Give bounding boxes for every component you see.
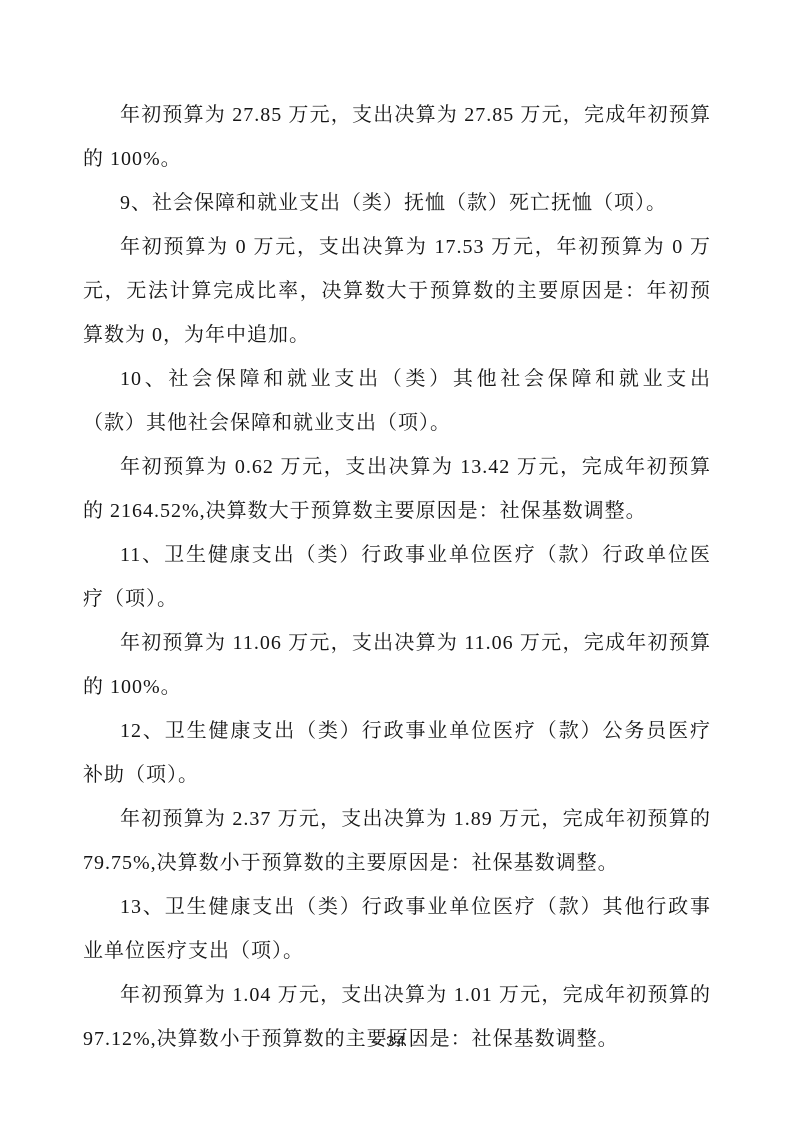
text-line: 年初预算为 27.85 万元，支出决算为 27.85 万元，完成年初预算 (83, 93, 711, 137)
text-line: 的 2164.52%,决算数大于预算数主要原因是：社保基数调整。 (83, 489, 711, 533)
text-line: 年初预算为 1.04 万元，支出决算为 1.01 万元，完成年初预算的 (83, 973, 711, 1017)
text-line: 10、社会保障和就业支出（类）其他社会保障和就业支出 (83, 357, 711, 401)
text-line: 12、卫生健康支出（类）行政事业单位医疗（款）公务员医疗 (83, 709, 711, 753)
text-line: 业单位医疗支出（项）。 (83, 929, 711, 973)
text-line: 补助（项）。 (83, 753, 711, 797)
text-line: 的 100%。 (83, 137, 711, 181)
text-line: 79.75%,决算数小于预算数的主要原因是：社保基数调整。 (83, 841, 711, 885)
document-body-text: 年初预算为 27.85 万元，支出决算为 27.85 万元，完成年初预算的 10… (83, 93, 711, 1061)
text-line: 年初预算为 2.37 万元，支出决算为 1.89 万元，完成年初预算的 (83, 797, 711, 841)
text-line: 疗（项）。 (83, 577, 711, 621)
text-line: 元，无法计算完成比率，决算数大于预算数的主要原因是：年初预 (83, 269, 711, 313)
text-line: 11、卫生健康支出（类）行政事业单位医疗（款）行政单位医 (83, 533, 711, 577)
text-line: 9、社会保障和就业支出（类）抚恤（款）死亡抚恤（项）。 (83, 181, 711, 225)
text-line: 年初预算为 11.06 万元，支出决算为 11.06 万元，完成年初预算 (83, 621, 711, 665)
text-line: 13、卫生健康支出（类）行政事业单位医疗（款）其他行政事 (83, 885, 711, 929)
text-line: 算数为 0，为年中追加。 (83, 313, 711, 357)
text-line: （款）其他社会保障和就业支出（项）。 (83, 401, 711, 445)
page-number: - 34 - (0, 1033, 793, 1050)
text-line: 年初预算为 0 万元，支出决算为 17.53 万元，年初预算为 0 万 (83, 225, 711, 269)
document-page: 年初预算为 27.85 万元，支出决算为 27.85 万元，完成年初预算的 10… (0, 0, 793, 1122)
text-line: 的 100%。 (83, 665, 711, 709)
text-line: 年初预算为 0.62 万元，支出决算为 13.42 万元，完成年初预算 (83, 445, 711, 489)
